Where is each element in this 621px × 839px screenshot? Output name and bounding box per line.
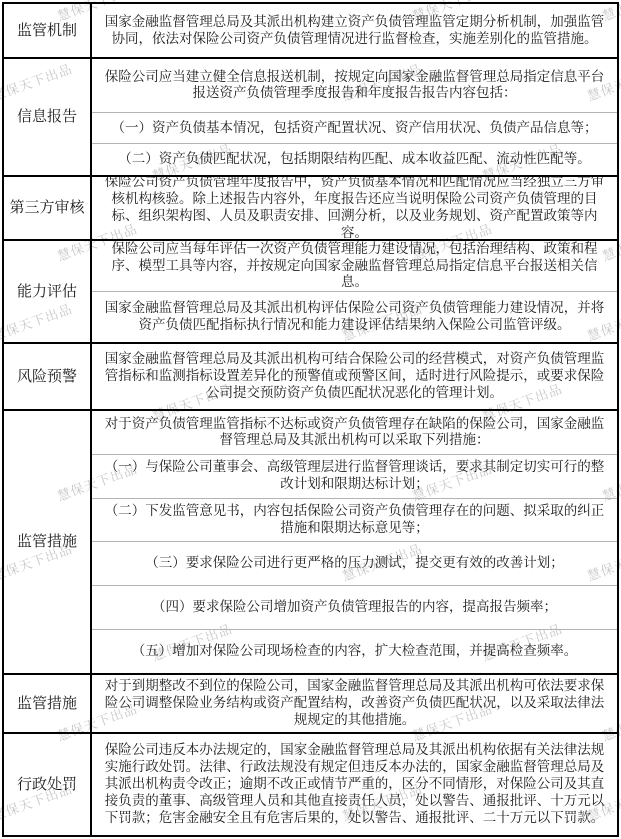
table-row-third-party-audit: 第三方审核 保险公司资产负债管理年度报告中，资产负债基本情况和匹配情况应当经独立… [4,177,617,241]
cell-paragraph: （五）增加对保险公司现场检查的内容，扩大检查范围，并提高检查频率。 [92,630,617,673]
cell-paragraph: 保险公司资产负债管理年度报告中，资产负债基本情况和匹配情况应当经独立三方审核机构… [92,177,617,239]
cell-paragraph: 保险公司应当每年评估一次资产负债管理能力建设情况，包括治理结构、政策和程序、模型… [92,241,617,292]
cell-paragraph: （二）下发监管意见书，内容包括保险公司资产负债管理存在的问题、拟采取的纠正措施和… [92,499,617,543]
cell-paragraph: 国家金融监督管理总局及其派出机构评估保险公司资产负债管理能力建设情况，并将资产负… [92,292,617,342]
cell-paragraph: 国家金融监督管理总局及其派出机构可结合保险公司的经营模式，对资产负债管理监管指标… [92,344,617,409]
row-label: 监管措施 [4,411,92,673]
row-content: 对于资产负债管理监管指标不达标或资产负债管理存在缺陷的保险公司，国家金融监督管理… [92,411,617,673]
row-label: 风险预警 [4,344,92,409]
table-row-supervisory-measures: 监管措施 对于资产负债管理监管指标不达标或资产负债管理存在缺陷的保险公司，国家金… [4,411,617,675]
table-row-risk-warning: 风险预警 国家金融监督管理总局及其派出机构可结合保险公司的经营模式，对资产负债管… [4,344,617,411]
row-label: 第三方审核 [4,177,92,239]
cell-paragraph: （四）要求保险公司增加资产负债管理报告的内容，提高报告频率； [92,586,617,630]
row-content: 保险公司违反本办法规定的，国家金融监督管理总局及其派出机构依据有关法律法规实施行… [92,734,617,835]
row-content: 国家金融监督管理总局及其派出机构可结合保险公司的经营模式，对资产负债管理监管指标… [92,344,617,409]
table-row-supervision-mechanism: 监管机制 国家金融监督管理总局及其派出机构建立资产负债管理监管定期分析机制，加强… [4,4,617,59]
table-row-information-reporting: 信息报告 保险公司应当建立健全信息报送机制，按规定向国家金融监督管理总局指定信息… [4,59,617,177]
row-label: 能力评估 [4,241,92,342]
document-page: 慧保天下出品慧保天下出品慧保天下出品慧保天下出品慧保天下出品慧保天下出品慧保天下… [0,0,621,839]
row-content: 对于到期整改不到位的保险公司，国家金融监督管理总局及其派出机构可依法要求保险公司… [92,675,617,732]
row-content: 保险公司应当建立健全信息报送机制，按规定向国家金融监督管理总局指定信息平台报送资… [92,59,617,175]
row-content: 保险公司应当每年评估一次资产负债管理能力建设情况，包括治理结构、政策和程序、模型… [92,241,617,342]
row-label: 监管措施 [4,675,92,732]
regulation-table: 监管机制 国家金融监督管理总局及其派出机构建立资产负债管理监管定期分析机制，加强… [2,2,619,837]
cell-paragraph: 对于资产负债管理监管指标不达标或资产负债管理存在缺陷的保险公司，国家金融监督管理… [92,411,617,455]
row-label: 监管机制 [4,4,92,57]
row-content: 国家金融监督管理总局及其派出机构建立资产负债管理监管定期分析机制，加强监管协同，… [92,4,617,57]
row-content: 保险公司资产负债管理年度报告中，资产负债基本情况和匹配情况应当经独立三方审核机构… [92,177,617,239]
cell-paragraph: （一）与保险公司董事会、高级管理层进行监督管理谈话，要求其制定切实可行的整改计划… [92,455,617,499]
cell-paragraph: 保险公司违反本办法规定的，国家金融监督管理总局及其派出机构依据有关法律法规实施行… [92,734,617,835]
cell-paragraph: （二）资产负债匹配状况，包括期限结构匹配、成本收益匹配、流动性匹配等。 [92,144,617,175]
cell-paragraph: （三）要求保险公司进行更严格的压力测试，提交更有效的改善计划； [92,542,617,586]
table-row-administrative-penalty: 行政处罚 保险公司违反本办法规定的，国家金融监督管理总局及其派出机构依据有关法律… [4,734,617,835]
cell-paragraph: 保险公司应当建立健全信息报送机制，按规定向国家金融监督管理总局指定信息平台报送资… [92,59,617,113]
cell-paragraph: 对于到期整改不到位的保险公司，国家金融监督管理总局及其派出机构可依法要求保险公司… [92,675,617,732]
table-row-capability-assessment: 能力评估 保险公司应当每年评估一次资产负债管理能力建设情况，包括治理结构、政策和… [4,241,617,344]
row-label: 行政处罚 [4,734,92,835]
cell-paragraph: 国家金融监督管理总局及其派出机构建立资产负债管理监管定期分析机制，加强监管协同，… [92,4,617,57]
cell-paragraph: （一）资产负债基本情况，包括资产配置状况、资产信用状况、负债产品信息等； [92,113,617,145]
table-row-supervisory-measures-2: 监管措施 对于到期整改不到位的保险公司，国家金融监督管理总局及其派出机构可依法要… [4,675,617,734]
row-label: 信息报告 [4,59,92,175]
